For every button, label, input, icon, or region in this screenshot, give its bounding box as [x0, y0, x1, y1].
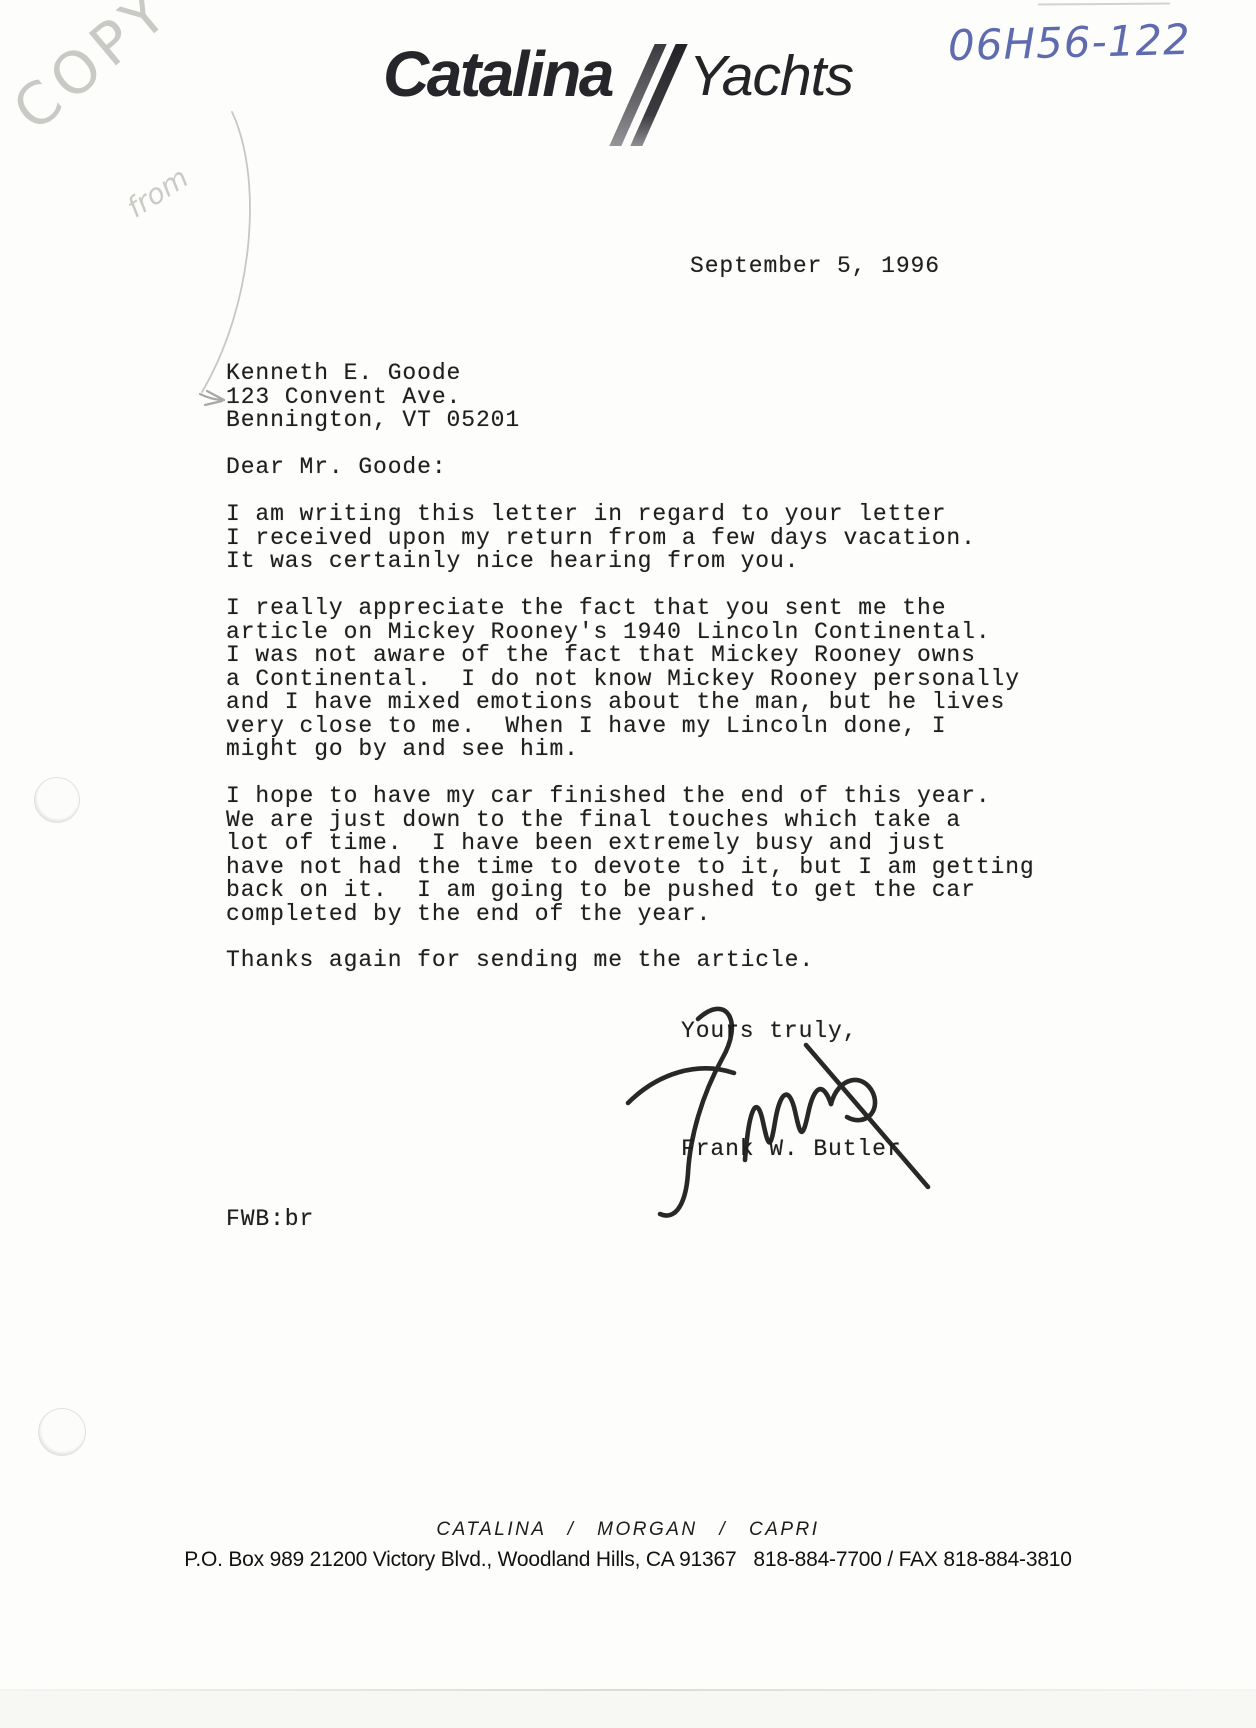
handwritten-file-number: 06H56-122 [947, 15, 1191, 70]
footer-address-line: P.O. Box 989 21200 Victory Blvd., Woodla… [0, 1548, 1256, 1572]
scan-edge-artifact [1038, 3, 1170, 6]
body-paragraph-1: I am writing this letter in regard to yo… [226, 503, 976, 574]
letter-date: September 5, 1996 [690, 255, 940, 279]
logo-brand-yachts: Yachts [689, 48, 853, 105]
from-pencil-mark: from [121, 161, 194, 225]
logo-brand-catalina: Catalina [383, 42, 612, 106]
copy-pencil-mark: COPY [0, 0, 184, 144]
scan-bottom-band [0, 1691, 1256, 1728]
body-paragraph-4: Thanks again for sending me the article. [226, 949, 814, 973]
letter-page: COPY from 06H56-122 Catalina Yachts Sept… [0, 0, 1256, 1728]
footer-brand-line: CATALINA / MORGAN / CAPRI [0, 1519, 1256, 1541]
typist-reference: FWB:br [226, 1208, 314, 1232]
body-paragraph-2: I really appreciate the fact that you se… [226, 597, 1020, 762]
letterhead-logo: Catalina Yachts [383, 42, 853, 146]
body-paragraph-3: I hope to have my car finished the end o… [226, 785, 1035, 926]
salutation: Dear Mr. Goode: [226, 456, 447, 480]
hole-punch-bottom [38, 1408, 86, 1456]
signer-name: Frank W. Butler [681, 1138, 902, 1162]
closing-line: Yours truly, [681, 1020, 857, 1044]
logo-slashes [632, 44, 665, 146]
recipient-address-block: Kenneth E. Goode 123 Convent Ave. Bennin… [226, 362, 520, 433]
hole-punch-top [34, 777, 80, 823]
